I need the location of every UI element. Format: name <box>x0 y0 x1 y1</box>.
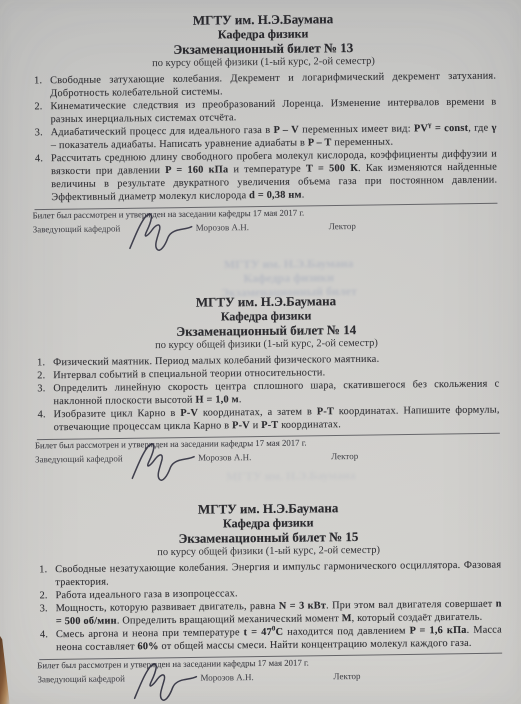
head-of-department-name: Морозов А.Н. <box>198 452 251 463</box>
text-run: Работа идеального газа в изопроцессах. <box>55 588 237 601</box>
text-run: координатах, а затем в <box>198 406 317 418</box>
ticket-questions: 1.Свободные затухающие колебания. Декрем… <box>31 70 497 205</box>
signature-scribble-icon <box>129 660 201 704</box>
text-run: Смесь аргона и неона при температуре <box>56 627 244 640</box>
lecturer-label: Лектор <box>333 671 360 681</box>
question-number: 2. <box>37 369 45 382</box>
bold-term: H = 1,0 м <box>195 394 238 405</box>
bold-term: P-V <box>232 420 250 431</box>
question-number: 4. <box>38 408 46 421</box>
text-run: , где <box>468 123 492 134</box>
head-of-department-name: Морозов А.Н. <box>200 672 253 683</box>
page-content: МГТУ им. Н.Э.БауманаКафедра физикиЭкзаме… <box>0 0 521 704</box>
question-number: 1. <box>34 74 42 87</box>
lecturer-label: Лектор <box>329 221 356 231</box>
text-run: . При этом вал двигателя совершает <box>326 599 496 612</box>
bold-term: γ <box>492 123 497 134</box>
bold-term: P = 1,6 кПа <box>410 625 467 637</box>
text-run: и <box>250 420 261 431</box>
lecturer-label: Лектор <box>331 451 358 461</box>
ticket-section: МГТУ им. Н.Э.БауманаКафедра физикиЭкзаме… <box>33 292 500 476</box>
ticket-section: МГТУ им. Н.Э.БауманаКафедра физикиЭкзаме… <box>30 10 497 246</box>
text-run: Мощность, которую развивает двигатель, р… <box>56 601 279 614</box>
bold-term: d = 0,38 нм <box>249 190 302 202</box>
text-run: и температуре <box>228 164 306 176</box>
text-run: от общей массы смеси. Найти концентрацию… <box>159 638 472 652</box>
question-number: 3. <box>35 126 43 139</box>
bold-term: N = 3 кВт <box>279 600 326 611</box>
bold-term: P – V <box>274 125 299 136</box>
text-run: переменных имеет вид: <box>299 123 414 135</box>
signature-scribble-icon <box>125 210 197 257</box>
ticket-section: МГТУ им. Н.Э.БауманаКафедра физикиЭкзаме… <box>36 498 503 695</box>
question-number: 1. <box>39 563 47 576</box>
signature-row: Заведующий кафедрой Морозов А.Н.Лектор <box>33 217 498 246</box>
question-number: 1. <box>37 356 45 369</box>
question-number: 3. <box>40 602 48 615</box>
text-run: , который создаёт двигатель. <box>352 612 483 624</box>
bleed-through-text: МГТУ им. Н.Э.БауманаКафедра физикиЭкзаме… <box>57 254 520 301</box>
question-number: 4. <box>35 152 43 165</box>
question-number: 2. <box>39 589 47 602</box>
bold-term: M <box>342 613 352 624</box>
question-number: 2. <box>34 100 42 113</box>
text-run: Адиабатический процесс для идеального га… <box>51 125 274 138</box>
bold-term: PV <box>414 123 428 134</box>
text-run: находится под давлением <box>283 625 409 637</box>
question-item: 4.Изобразите цикл Карно в P-V координата… <box>35 403 500 434</box>
bold-term: = const <box>432 123 469 134</box>
text-run: Свободные незатухающие колебания. Энерги… <box>55 559 501 588</box>
bold-term: P-T <box>317 406 334 417</box>
question-item: 4.Смесь аргона и неона при температуре t… <box>37 623 502 654</box>
question-item: 4.Рассчитать среднюю длину свободного пр… <box>32 148 498 205</box>
bold-term: 60% <box>137 641 158 652</box>
text-run: переменных. <box>332 137 394 149</box>
text-run: . <box>302 190 305 201</box>
bold-term: T = 500 К <box>306 163 358 175</box>
text-run: . <box>239 394 242 405</box>
ticket-questions: 1.Свободные незатухающие колебания. Энер… <box>36 558 502 654</box>
text-run: координатах. <box>278 419 341 431</box>
text-run: Изобразите цикл Карно в <box>54 408 181 420</box>
head-of-department-name: Морозов А.Н. <box>196 222 249 233</box>
head-of-department-label: Заведующий кафедрой <box>37 673 125 684</box>
photographed-document: МГТУ им. Н.Э.БауманаКафедра физикиЭкзаме… <box>0 0 521 704</box>
text-run: Определить линейную скорость центра спло… <box>53 379 499 408</box>
ticket-questions: 1.Физический маятник. Период малых колеб… <box>34 352 500 435</box>
bold-term: P-T <box>261 420 278 431</box>
head-of-department-label: Заведующий кафедрой <box>35 453 123 464</box>
bold-term: P – T <box>308 137 332 148</box>
text-run: Свободные затухающие колебания. Декремен… <box>50 71 496 100</box>
signature-row: Заведующий кафедрой Морозов А.Н.Лектор <box>37 666 502 695</box>
bold-term: t = 47 <box>244 627 272 638</box>
question-number: 4. <box>40 628 48 641</box>
bold-term: P-V <box>180 408 198 419</box>
question-number: 3. <box>37 382 45 395</box>
bold-term: P = 160 кПа <box>165 164 228 176</box>
head-of-department-label: Заведующий кафедрой <box>33 223 121 234</box>
